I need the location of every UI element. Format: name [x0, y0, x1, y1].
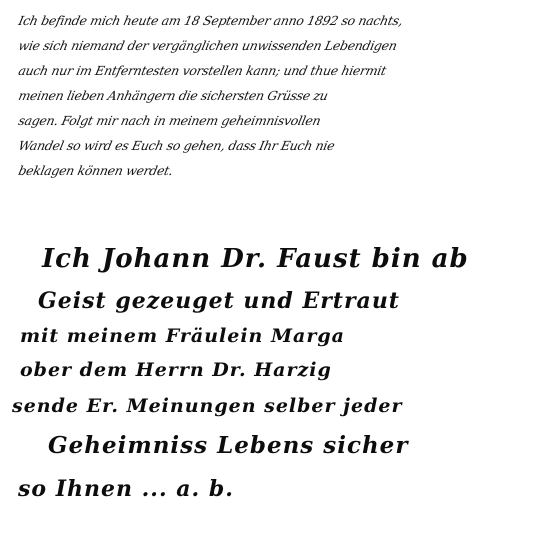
- text-line: sende Er. Meinungen selber jeder: [12, 388, 542, 424]
- text-line: auch nur im Entferntesten vorstellen kan…: [16, 58, 545, 83]
- text-line: meinen lieben Anhängern die sichersten G…: [16, 83, 545, 108]
- text-line: Ich Johann Dr. Faust bin ab: [12, 236, 542, 282]
- upper-handwritten-text: Ich befinde mich heute am 18 September a…: [16, 8, 540, 183]
- lower-handwritten-text: Ich Johann Dr. Faust bin ab Geist gezeug…: [12, 236, 542, 510]
- text-line: Geheimniss Lebens sicher: [12, 424, 542, 468]
- text-line: mit meinem Fräulein Marga: [12, 320, 542, 352]
- text-line: Geist gezeuget und Ertraut: [12, 282, 542, 320]
- manuscript-page: Ich befinde mich heute am 18 September a…: [0, 0, 550, 543]
- text-line: beklagen können werdet.: [16, 158, 545, 183]
- text-line: wie sich niemand der vergänglichen unwis…: [16, 33, 545, 58]
- text-line: Wandel so wird es Euch so gehen, dass Ih…: [16, 133, 545, 158]
- text-line: sagen. Folgt mir nach in meinem geheimni…: [16, 108, 545, 133]
- text-line: Ich befinde mich heute am 18 September a…: [16, 8, 545, 33]
- text-line: so Ihnen ... a. b.: [12, 468, 542, 510]
- text-line: ober dem Herrn Dr. Harzig: [12, 352, 542, 388]
